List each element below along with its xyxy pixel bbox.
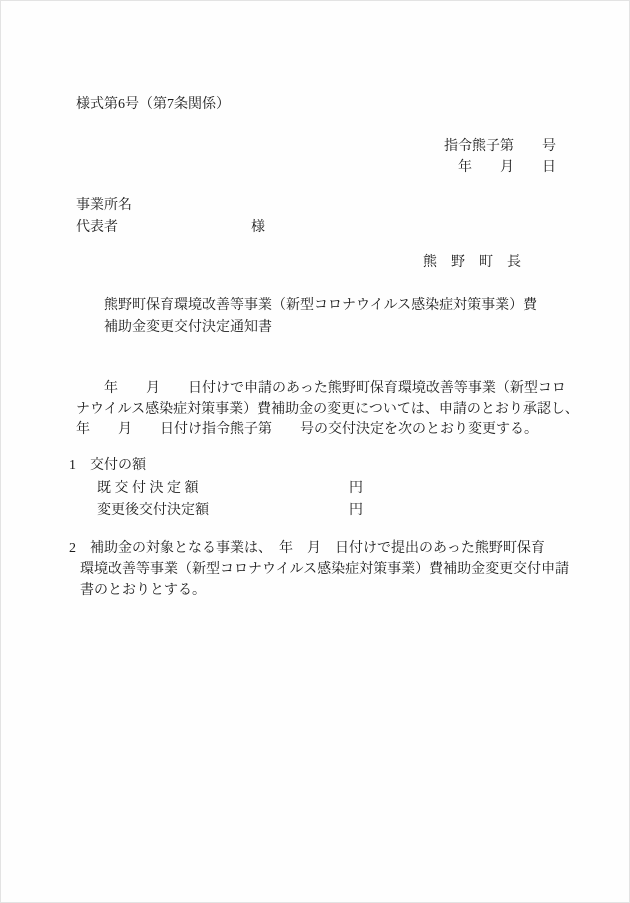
section1-revised-decision-label: 変更後交付決定額	[97, 501, 209, 521]
section1-prior-decision-label: 既 交 付 決 定 額	[97, 479, 199, 499]
section1-heading: 1 交付の額	[69, 456, 146, 476]
body-paragraph-line2: ナウイルス感染症対策事業）費補助金の変更については、申請のとおり承認し、	[76, 400, 579, 421]
honorific-sama: 様	[251, 218, 265, 238]
mayor-signature-line: 熊 野 町 長	[423, 253, 521, 273]
section1-prior-decision-unit: 円	[349, 479, 363, 499]
section2-line3: 書のとおりとする。	[80, 581, 206, 601]
section2-line1: 2 補助金の対象となる事業は、 年 月 日付けで提出のあった熊野町保育	[69, 539, 545, 559]
document-title-line2: 補助金変更交付決定通知書	[104, 317, 537, 339]
directive-number-line: 指令熊子第 号	[444, 137, 556, 157]
body-paragraph: 年 月 日付けで申請のあった熊野町保育環境改善等事業（新型コロ ナウイルス感染症…	[76, 379, 579, 441]
section1-revised-decision-unit: 円	[349, 501, 363, 521]
body-paragraph-line3: 年 月 日付け指令熊子第 号の交付決定を次のとおり変更する。	[76, 420, 579, 441]
representative-label: 代表者	[76, 218, 118, 238]
document-title: 熊野町保育環境改善等事業（新型コロナウイルス感染症対策事業）費 補助金変更交付決…	[104, 295, 537, 339]
date-line: 年 月 日	[458, 158, 556, 178]
body-paragraph-line1: 年 月 日付けで申請のあった熊野町保育環境改善等事業（新型コロ	[76, 379, 579, 400]
section2-line2: 環境改善等事業（新型コロナウイルス感染症対策事業）費補助金変更交付申請	[80, 560, 569, 580]
form-number: 様式第6号（第7条関係）	[76, 95, 230, 115]
document-title-line1: 熊野町保育環境改善等事業（新型コロナウイルス感染症対策事業）費	[104, 295, 537, 317]
document-page: 様式第6号（第7条関係） 指令熊子第 号 年 月 日 事業所名 代表者 様 熊 …	[0, 0, 630, 903]
office-name-label: 事業所名	[76, 196, 132, 216]
